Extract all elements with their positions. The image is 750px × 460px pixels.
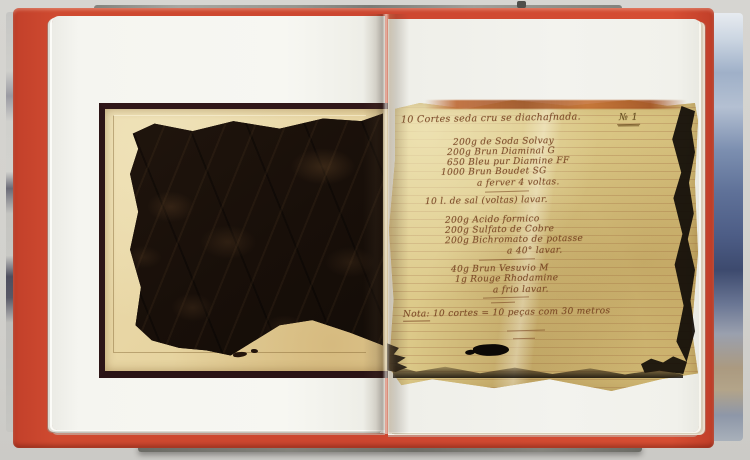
- ink-speck: [251, 349, 258, 353]
- manuscript-note-photo: 10 Cortes seda cru se diachafnada. № 1 2…: [389, 100, 698, 394]
- recipe-line: 1000 Brun Boudet SG: [441, 166, 547, 178]
- fabric-plate-photo: [99, 103, 389, 378]
- recipe-line: 1g Rouge Rhodamine: [455, 273, 559, 285]
- book-gutter-fold: [363, 14, 409, 434]
- fabric-swatch: [111, 111, 383, 363]
- dust-jacket-right-edge: [712, 13, 743, 441]
- photo-of-open-book: 10 Cortes seda cru se diachafnada. № 1 2…: [0, 0, 750, 460]
- torn-top-edge: [425, 100, 687, 109]
- note-number-underlined: № 1: [617, 112, 640, 125]
- recipe-line: a ferver 4 voltas.: [477, 177, 560, 189]
- left-page: [52, 16, 385, 430]
- right-page: 10 Cortes seda cru se diachafnada. № 1 2…: [388, 19, 699, 432]
- ink-speck: [233, 351, 248, 358]
- headband-notch: [517, 1, 526, 8]
- recipe-line: 10 l. de sal (voltas) lavar.: [425, 195, 548, 208]
- note-header-number: № 1: [617, 113, 640, 124]
- recipe-line: a 40° lavar.: [507, 246, 563, 257]
- recipe-line: a frio lavar.: [493, 285, 549, 296]
